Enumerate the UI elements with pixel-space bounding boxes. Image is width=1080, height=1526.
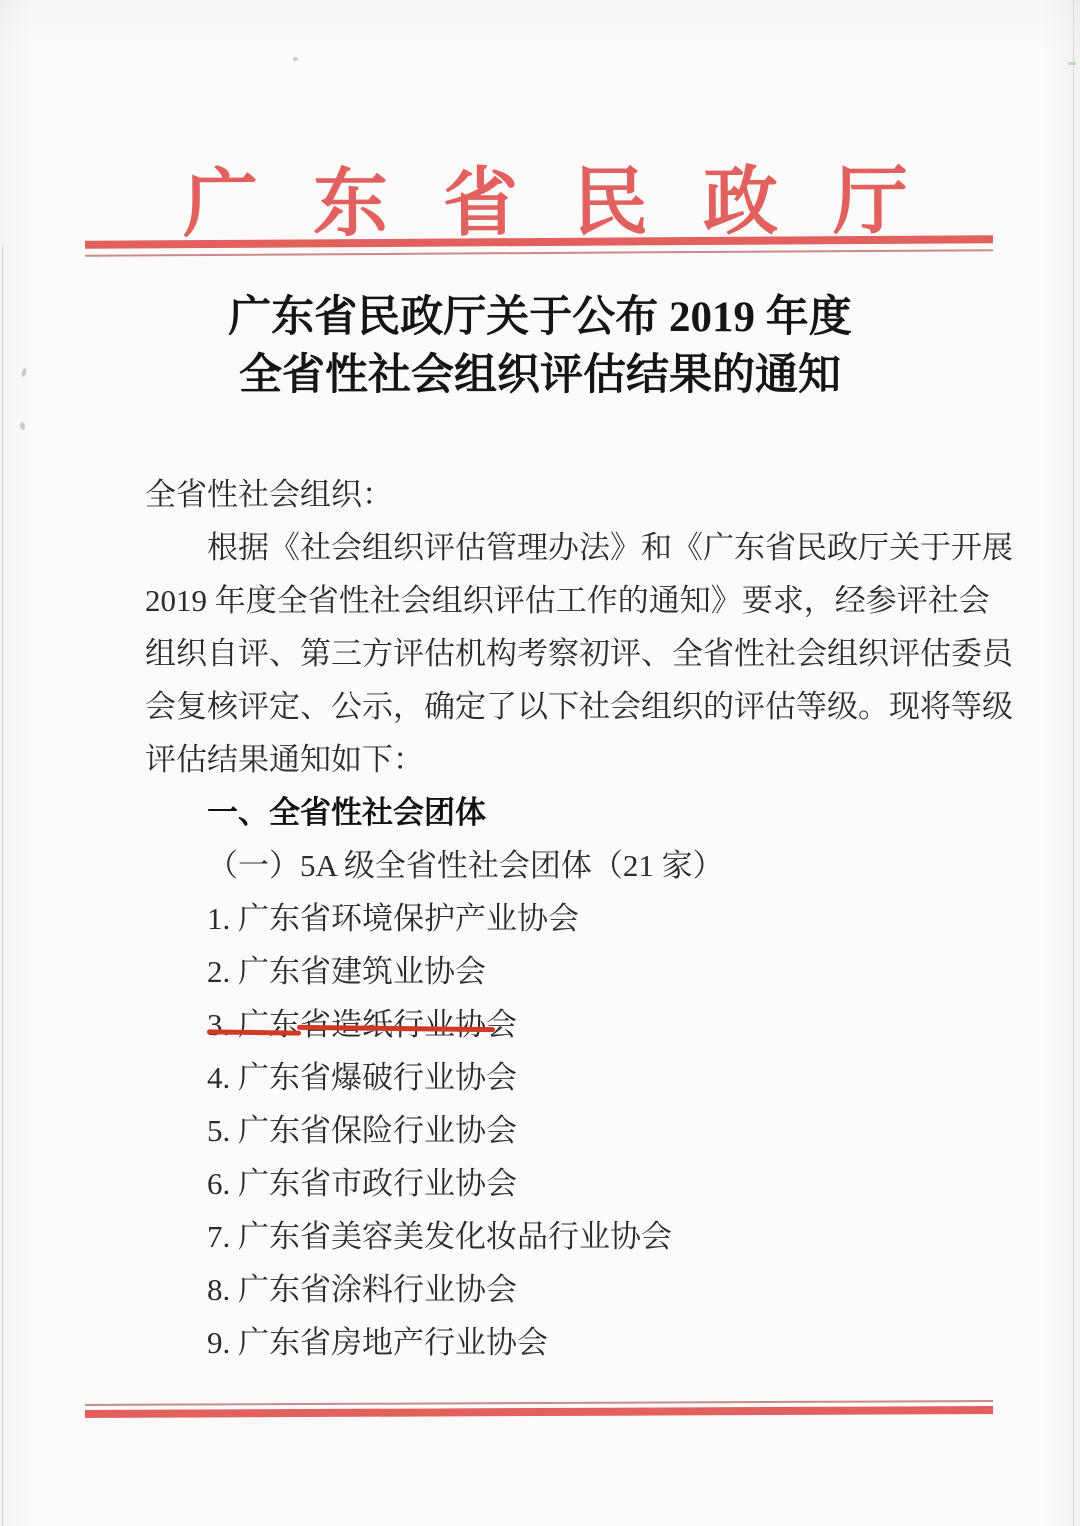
list-item-label: 2. 广东省建筑业协会 [207,954,486,989]
list-item: 3. 广东省造纸行业协会 [145,998,950,1051]
list-item-label: 9. 广东省房地产行业协会 [207,1325,548,1360]
subsection-heading: （一）5A 级全省性社会团体（21 家） [145,839,950,892]
list-item: 6. 广东省市政行业协会 [145,1157,950,1210]
notice-title-line2: 全省性社会组织评估结果的通知 [0,347,1080,405]
body-line: 会复核评定、公示，确定了以下社会组织的评估等级。现将等级 [145,680,950,733]
scan-speck [1068,62,1076,65]
list-item-label: 4. 广东省爆破行业协会 [207,1060,517,1095]
footer-rule-thin [85,1400,993,1406]
scan-edge-line [2,246,3,1526]
scan-speck [19,422,26,431]
header-rule-thin [85,249,993,257]
list-item: 1. 广东省环境保护产业协会 [145,892,950,945]
list-item: 8. 广东省涂料行业协会 [145,1263,950,1316]
notice-title-line1: 广东省民政厅关于公布 2019 年度 [0,289,1080,347]
list-item: 2. 广东省建筑业协会 [145,945,950,998]
notice-body: 全省性社会组织： 根据《社会组织评估管理办法》和《广东省民政厅关于开展 2019… [145,468,950,1369]
notice-title: 广东省民政厅关于公布 2019 年度 全省性社会组织评估结果的通知 [0,289,1080,405]
scan-speck [293,57,298,61]
list-item: 5. 广东省保险行业协会 [145,1104,950,1157]
list-item-label: 7. 广东省美容美发化妆品行业协会 [207,1219,672,1254]
scan-edge-line [1073,0,1074,1526]
list-item: 9. 广东省房地产行业协会 [145,1316,950,1369]
section-heading: 一、全省性社会团体 [145,786,950,839]
list-item-label: 8. 广东省涂料行业协会 [207,1272,517,1307]
body-line: 组织自评、第三方评估机构考察初评、全省性社会组织评估委员 [145,627,950,680]
body-line: 评估结果通知如下： [145,733,950,786]
list-item-label: 6. 广东省市政行业协会 [207,1166,517,1201]
salutation: 全省性社会组织： [145,468,950,521]
list-item-label: 3. 广东省造纸行业协会 [207,1007,517,1042]
body-line: 2019 年度全省性社会组织评估工作的通知》要求，经参评社会 [145,574,950,627]
list-item-label: 5. 广东省保险行业协会 [207,1113,517,1148]
list-item: 7. 广东省美容美发化妆品行业协会 [145,1210,950,1263]
footer-rule-thick [85,1406,993,1418]
list-item-label: 1. 广东省环境保护产业协会 [207,901,579,936]
footer-rule [85,1400,993,1418]
body-line: 根据《社会组织评估管理办法》和《广东省民政厅关于开展 [145,521,950,574]
list-item: 4. 广东省爆破行业协会 [145,1051,950,1104]
